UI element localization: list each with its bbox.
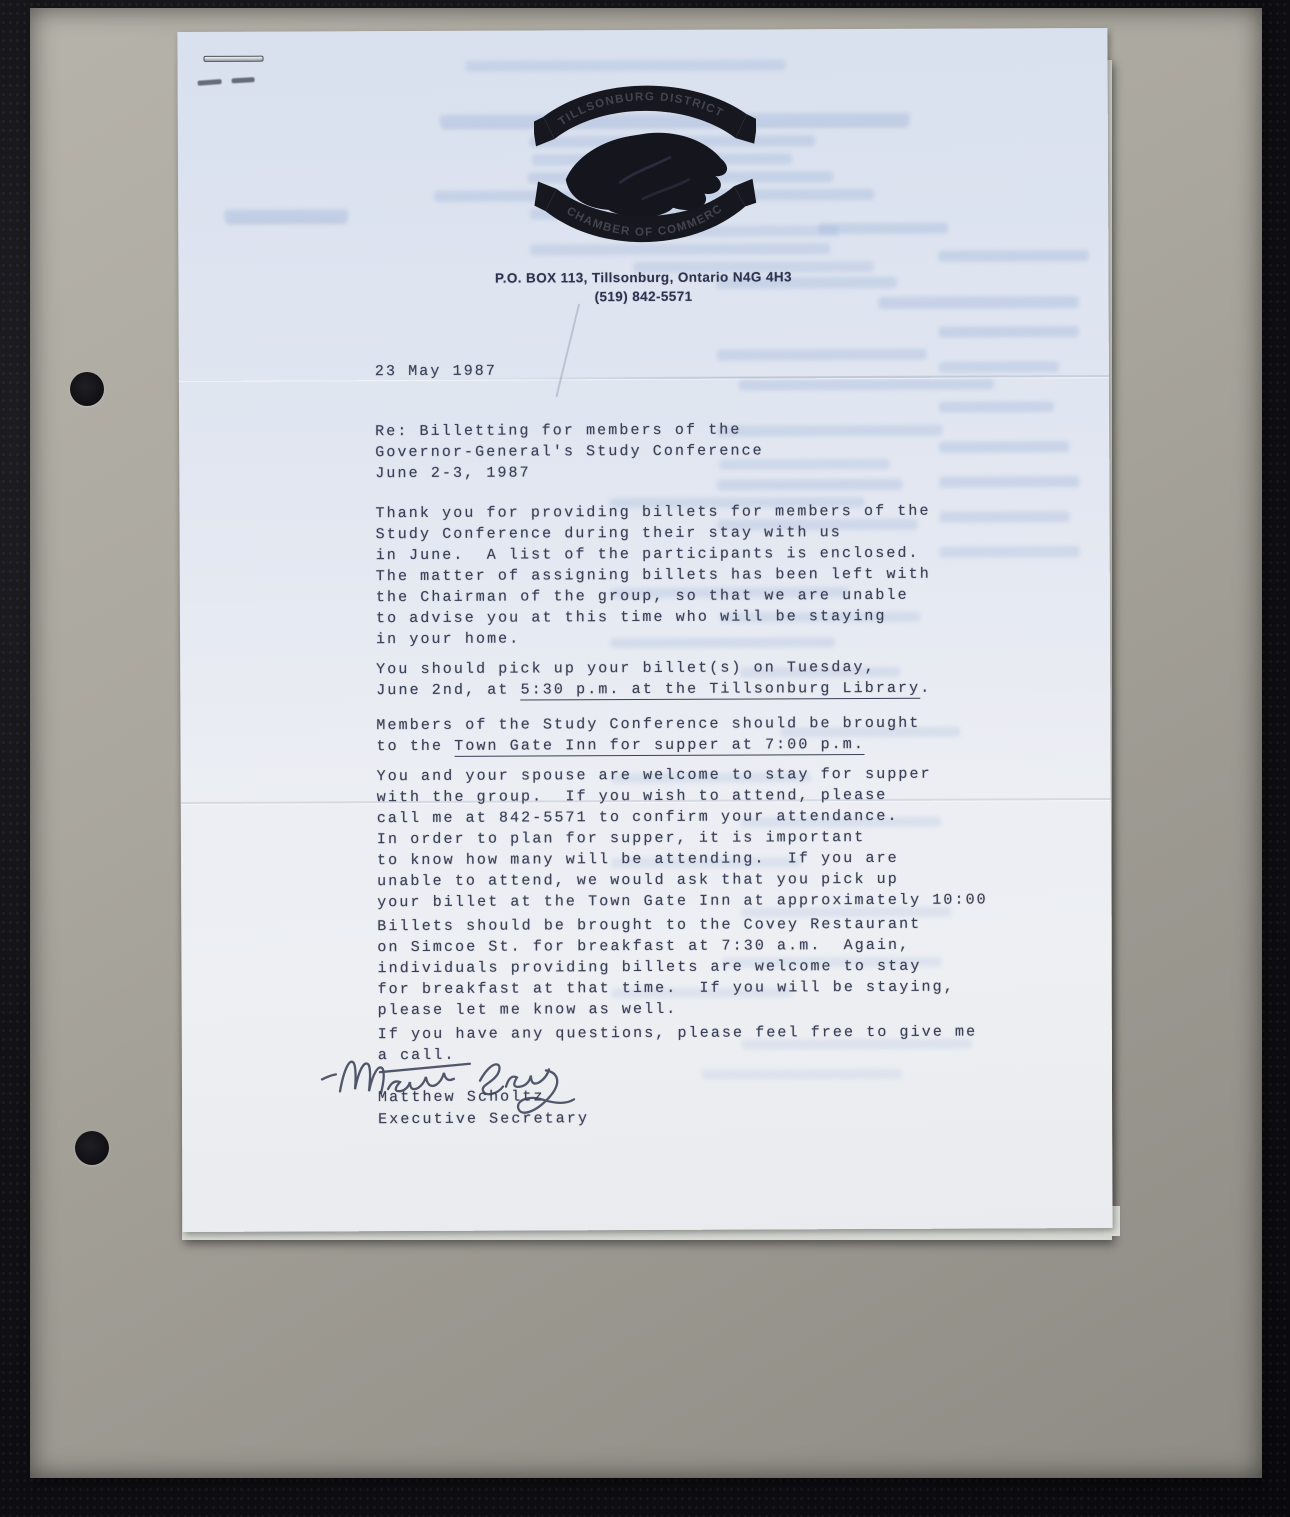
letter-line: to advise you at this time who will be s… [376,606,931,629]
letter-line: Members of the Study Conference should b… [376,713,920,736]
letter-line: Billets should be brought to the Covey R… [377,914,954,938]
ghost-text-line [940,546,1080,558]
ghost-text-line [739,378,994,390]
text-segment: You should pick up your billet(s) on Tue… [376,659,876,678]
date-line: 23 May 1987 [375,361,497,383]
ghost-text-line [939,401,1054,413]
text-segment: please let me know as well. [378,1001,678,1019]
letter-line: to the Town Gate Inn for supper at 7:00 … [376,734,920,757]
photo-stage: TILLSONBURG DISTRICT CHAMBER OF COMMERCE… [0,0,1290,1517]
text-segment: with the group. If you wish to attend, p… [377,787,888,806]
letter-page: TILLSONBURG DISTRICT CHAMBER OF COMMERCE… [177,28,1112,1232]
letter-line: for breakfast at that time. If you will … [378,977,955,1001]
text-segment: your billet at the Town Gate Inn at appr… [377,892,988,912]
paragraph: You should pick up your billet(s) on Tue… [376,657,931,701]
text-segment: In order to plan for supper, it is impor… [377,829,866,848]
fold-crease [179,375,1109,381]
staple-icon [203,56,263,62]
text-segment: Thank you for providing billets for memb… [375,503,930,522]
ghost-text-line [818,223,948,235]
letter-line: June 2-3, 1987 [375,461,764,484]
letter-line: with the group. If you wish to attend, p… [377,785,988,809]
letter-line: individuals providing billets are welcom… [377,956,954,980]
letter-line: unable to attend, we would ask that you … [377,869,988,893]
text-segment: Members of the Study Conference should b… [376,715,920,734]
letter-line: to know how many will be attending. If y… [377,848,988,872]
signature-title: Executive Secretary [378,1108,589,1130]
letter-line: Thank you for providing billets for memb… [375,501,930,524]
letter-line: Study Conference during their stay with … [376,522,931,545]
ghost-text-line [938,250,1088,262]
paragraph: Billets should be brought to the Covey R… [377,914,955,1022]
text-segment: to know how many will be attending. If y… [377,850,899,869]
text-segment: in your home. [376,631,520,649]
hole-punch [70,372,104,406]
text-segment: to the [376,738,454,755]
text-segment: If you have any questions, please feel f… [378,1024,978,1044]
signature-name: Matthew Scholtz [378,1086,545,1108]
text-segment: You and your spouse are welcome to stay … [377,766,932,785]
underlined-text: 5:30 p.m. at the Tillsonburg Library [521,680,921,701]
hole-punch [75,1131,109,1165]
letter-line: Re: Billetting for members of the [375,419,764,442]
ghost-text-line [939,476,1079,488]
letter-line: your billet at the Town Gate Inn at appr… [377,890,988,914]
letter-line: in June. A list of the participants is e… [376,543,931,566]
ghost-text-line [717,349,927,361]
staple-mark-icon [231,77,254,83]
letter-line: on Simcoe St. for breakfast at 7:30 a.m.… [377,935,954,959]
ghost-text-line [939,441,1069,453]
letter-line: You and your spouse are welcome to stay … [377,764,988,788]
chamber-logo: TILLSONBURG DISTRICT CHAMBER OF COMMERCE [534,72,757,269]
paragraph: Members of the Study Conference should b… [376,713,920,757]
text-segment: Re: Billetting for members of the [375,422,741,441]
ghost-text-line [939,326,1079,338]
letter-line: the Chairman of the group, so that we ar… [376,585,931,608]
ghost-text-line [466,59,786,71]
letter-line: call me at 842-5571 to confirm your atte… [377,806,988,830]
letter-line: June 2nd, at 5:30 p.m. at the Tillsonbur… [376,678,931,701]
ghost-text-line [939,361,1059,373]
ghost-text-line [224,209,348,222]
letter-line: The matter of assigning billets has been… [376,564,931,587]
letter-line: If you have any questions, please feel f… [378,1022,978,1046]
letter-line: in your home. [376,627,931,650]
text-segment: on Simcoe St. for breakfast at 7:30 a.m.… [377,937,910,956]
text-segment: June 2-3, 1987 [375,464,530,482]
letterhead-phone: (519) 842-5571 [179,287,1109,306]
letter-line: Governor-General's Study Conference [375,440,764,463]
letterhead-address: P.O. BOX 113, Tillsonburg, Ontario N4G 4… [178,268,1108,287]
paper-scratch [555,303,580,397]
subject-block: Re: Billetting for members of theGoverno… [375,419,764,484]
paragraph: You and your spouse are welcome to stay … [377,764,988,914]
text-segment: Billets should be brought to the Covey R… [377,916,921,935]
text-segment: Study Conference during their stay with … [376,524,842,543]
text-segment: call me at 842-5571 to confirm your atte… [377,808,899,827]
letter-line: You should pick up your billet(s) on Tue… [376,657,931,680]
text-segment: individuals providing billets are welcom… [377,958,921,977]
underlined-text: Town Gate Inn for supper at 7:00 p.m. [454,736,865,757]
staple-mark-icon [197,79,221,86]
letter-line: please let me know as well. [378,998,955,1022]
text-segment: the Chairman of the group, so that we ar… [376,587,909,606]
ghost-text-line [702,1069,902,1080]
text-segment: for breakfast at that time. If you will … [378,979,955,999]
text-segment: to advise you at this time who will be s… [376,608,887,627]
letter-line: In order to plan for supper, it is impor… [377,827,988,851]
text-segment: June 2nd, at [376,682,520,700]
text-segment: Governor-General's Study Conference [375,442,764,461]
paragraph: Thank you for providing billets for memb… [375,501,931,650]
text-segment: unable to attend, we would ask that you … [377,871,899,890]
text-segment: . [920,680,931,697]
text-segment: in June. A list of the participants is e… [376,545,920,564]
text-segment: The matter of assigning billets has been… [376,566,931,585]
ghost-text-line [939,511,1069,523]
handshake-icon [566,132,728,217]
